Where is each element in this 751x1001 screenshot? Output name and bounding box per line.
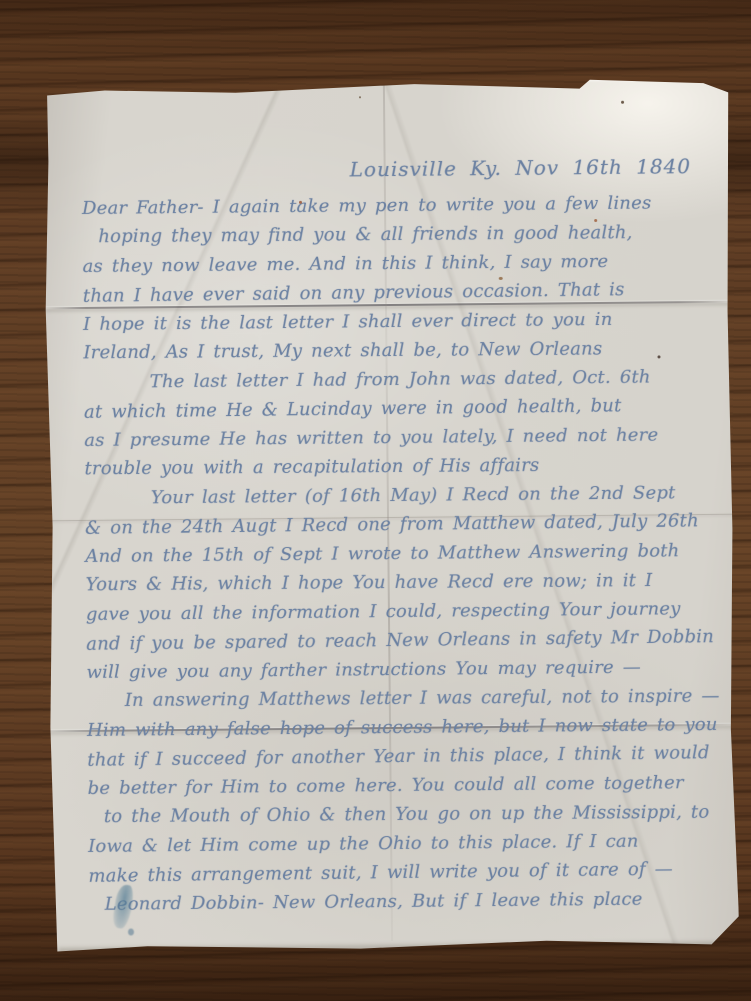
letter-dateline: Louisville Ky. Nov 16th 1840 [350, 153, 716, 183]
letter-line: In answering Matthews letter I was caref… [125, 681, 721, 714]
letter-body: Dear Father- I again take my pen to writ… [82, 188, 723, 919]
photo-wood-table: Louisville Ky. Nov 16th 1840 Dear Father… [0, 0, 751, 1001]
letter-content: Louisville Ky. Nov 16th 1840 Dear Father… [43, 77, 739, 954]
letter-line: Yours & His, which I hope You have Recd … [86, 566, 720, 600]
letter-line: to the Mouth of Ohio & then You go on up… [104, 797, 722, 831]
letter-line: trouble you with a recapitulation of His… [84, 450, 718, 484]
letter-line: hoping they may find you & all friends i… [98, 218, 716, 252]
paper-speck [299, 201, 302, 204]
letter-paper: Louisville Ky. Nov 16th 1840 Dear Father… [43, 77, 739, 954]
paper-speck [621, 100, 624, 103]
letter-line: Ireland, As I trust, My next shall be, t… [83, 334, 717, 368]
ink-stain-dot [128, 928, 134, 935]
